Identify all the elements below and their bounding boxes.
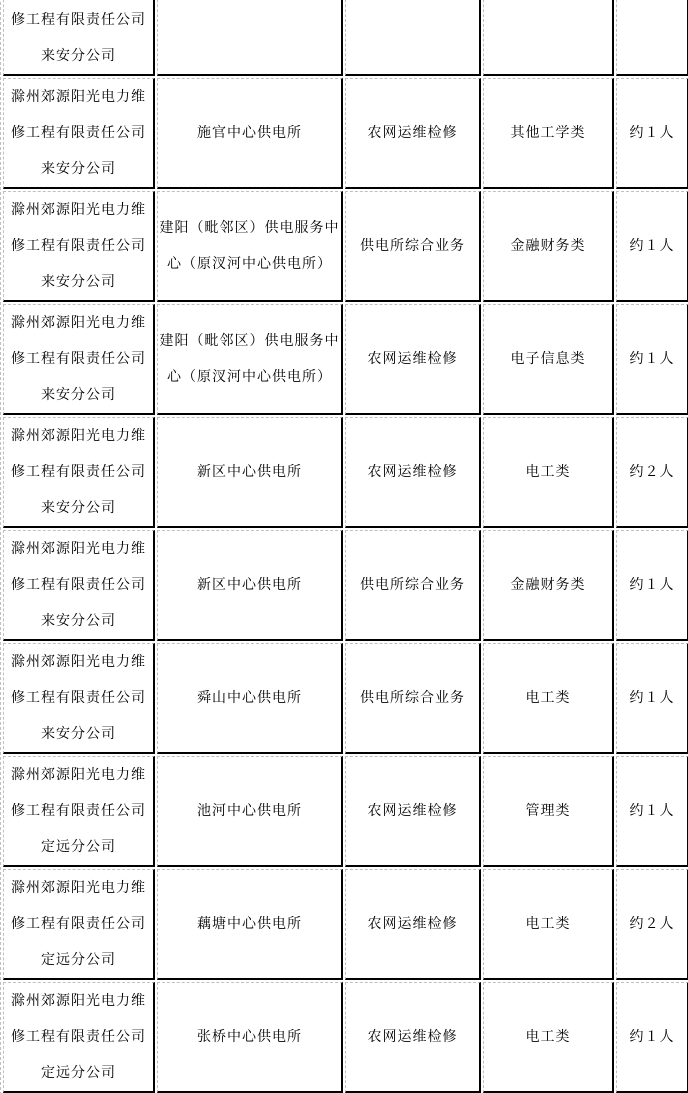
table-row: 滁州郊源阳光电力维 修工程有限责任公司 定远分公司 池河中心供电所 农网运维检修… <box>3 756 688 867</box>
table-row: 滁州郊源阳光电力维 修工程有限责任公司 来安分公司 建阳（毗邻区）供电服务中 心… <box>3 304 688 415</box>
major-cell: 其他工学类 <box>483 78 614 189</box>
company-line: 来安分公司 <box>6 603 151 639</box>
station-cell: 新区中心供电所 <box>157 417 343 528</box>
station-cell: 施官中心供电所 <box>157 78 343 189</box>
station-cell: 藕塘中心供电所 <box>157 869 343 980</box>
count-cell: 约１人 <box>616 756 688 867</box>
major-cell: 电工类 <box>483 417 614 528</box>
company-line: 滁州郊源阳光电力维 <box>6 192 151 228</box>
company-cell: 滁州郊源阳光电力维 修工程有限责任公司 来安分公司 <box>3 78 155 189</box>
station-line: 心（原汊河中心供电所） <box>159 359 340 395</box>
company-line: 修工程有限责任公司 <box>6 567 151 603</box>
company-line: 修工程有限责任公司 <box>6 2 151 38</box>
company-line: 滁州郊源阳光电力维 <box>6 983 151 1019</box>
position-cell: 供电所综合业务 <box>345 643 481 754</box>
station-cell: 新区中心供电所 <box>157 530 343 641</box>
position-cell: 农网运维检修 <box>345 982 481 1093</box>
company-line: 来安分公司 <box>6 716 151 752</box>
company-line: 滁州郊源阳光电力维 <box>6 757 151 793</box>
table-row: 滁州郊源阳光电力维 修工程有限责任公司 定远分公司 藕塘中心供电所 农网运维检修… <box>3 869 688 980</box>
station-cell: 池河中心供电所 <box>157 756 343 867</box>
table-row: 滁州郊源阳光电力维 修工程有限责任公司 来安分公司 施官中心供电所 农网运维检修… <box>3 78 688 189</box>
major-cell: 电工类 <box>483 869 614 980</box>
company-line: 定远分公司 <box>6 1055 151 1091</box>
company-cell: 滁州郊源阳光电力维 修工程有限责任公司 来安分公司 <box>3 530 155 641</box>
station-cell: 建阳（毗邻区）供电服务中 心（原汊河中心供电所） <box>157 191 343 302</box>
company-line: 滁州郊源阳光电力维 <box>6 418 151 454</box>
company-line: 修工程有限责任公司 <box>6 1019 151 1055</box>
company-line: 修工程有限责任公司 <box>6 454 151 490</box>
position-cell <box>345 0 481 76</box>
company-line: 滁州郊源阳光电力维 <box>6 305 151 341</box>
company-line: 来安分公司 <box>6 38 151 74</box>
station-line: 新区中心供电所 <box>159 454 340 490</box>
station-line: 池河中心供电所 <box>159 793 340 829</box>
count-cell: 约２人 <box>616 869 688 980</box>
company-line: 来安分公司 <box>6 264 151 300</box>
company-line: 修工程有限责任公司 <box>6 228 151 264</box>
position-cell: 农网运维检修 <box>345 304 481 415</box>
major-cell: 电工类 <box>483 982 614 1093</box>
major-cell: 金融财务类 <box>483 191 614 302</box>
company-line: 定远分公司 <box>6 829 151 865</box>
table-row: 滁州郊源阳光电力维 修工程有限责任公司 来安分公司 舜山中心供电所 供电所综合业… <box>3 643 688 754</box>
company-line: 来安分公司 <box>6 377 151 413</box>
position-cell: 供电所综合业务 <box>345 530 481 641</box>
station-cell: 舜山中心供电所 <box>157 643 343 754</box>
company-line: 定远分公司 <box>6 942 151 978</box>
station-line: 舜山中心供电所 <box>159 680 340 716</box>
company-line: 来安分公司 <box>6 151 151 187</box>
count-cell: 约１人 <box>616 643 688 754</box>
table-row: 滁州郊源阳光电力维 修工程有限责任公司 来安分公司 新区中心供电所 供电所综合业… <box>3 530 688 641</box>
company-line: 修工程有限责任公司 <box>6 906 151 942</box>
major-cell: 金融财务类 <box>483 530 614 641</box>
count-cell: 约１人 <box>616 530 688 641</box>
count-cell: 约１人 <box>616 78 688 189</box>
station-line: 建阳（毗邻区）供电服务中 <box>159 323 340 359</box>
count-cell: 约１人 <box>616 191 688 302</box>
position-cell: 农网运维检修 <box>345 869 481 980</box>
company-cell: 滁州郊源阳光电力维 修工程有限责任公司 来安分公司 <box>3 191 155 302</box>
company-line: 滁州郊源阳光电力维 <box>6 644 151 680</box>
position-cell: 农网运维检修 <box>345 417 481 528</box>
station-line: 新区中心供电所 <box>159 567 340 603</box>
table-row: 滁州郊源阳光电力维 修工程有限责任公司 来安分公司 <box>3 0 688 76</box>
station-line: 施官中心供电所 <box>159 115 340 151</box>
company-cell: 滁州郊源阳光电力维 修工程有限责任公司 定远分公司 <box>3 869 155 980</box>
major-cell <box>483 0 614 76</box>
company-cell: 滁州郊源阳光电力维 修工程有限责任公司 来安分公司 <box>3 304 155 415</box>
major-cell: 电工类 <box>483 643 614 754</box>
station-line: 藕塘中心供电所 <box>159 906 340 942</box>
company-line: 来安分公司 <box>6 490 151 526</box>
job-table-container: 滁州郊源阳光电力维 修工程有限责任公司 来安分公司 滁州郊源阳光电力维 修工程有… <box>0 0 688 1093</box>
company-line: 滁州郊源阳光电力维 <box>6 531 151 567</box>
station-line: 张桥中心供电所 <box>159 1019 340 1055</box>
table-row: 滁州郊源阳光电力维 修工程有限责任公司 来安分公司 新区中心供电所 农网运维检修… <box>3 417 688 528</box>
company-line: 修工程有限责任公司 <box>6 115 151 151</box>
company-line: 修工程有限责任公司 <box>6 680 151 716</box>
company-line: 修工程有限责任公司 <box>6 793 151 829</box>
company-line: 修工程有限责任公司 <box>6 341 151 377</box>
count-cell: 约１人 <box>616 304 688 415</box>
company-cell: 滁州郊源阳光电力维 修工程有限责任公司 来安分公司 <box>3 643 155 754</box>
company-cell: 滁州郊源阳光电力维 修工程有限责任公司 来安分公司 <box>3 0 155 76</box>
company-cell: 滁州郊源阳光电力维 修工程有限责任公司 来安分公司 <box>3 417 155 528</box>
table-row: 滁州郊源阳光电力维 修工程有限责任公司 定远分公司 张桥中心供电所 农网运维检修… <box>3 982 688 1093</box>
position-cell: 农网运维检修 <box>345 756 481 867</box>
station-line: 心（原汊河中心供电所） <box>159 246 340 282</box>
count-cell: 约１人 <box>616 982 688 1093</box>
station-cell: 建阳（毗邻区）供电服务中 心（原汊河中心供电所） <box>157 304 343 415</box>
major-cell: 电子信息类 <box>483 304 614 415</box>
station-cell: 张桥中心供电所 <box>157 982 343 1093</box>
company-line: 滁州郊源阳光电力维 <box>6 870 151 906</box>
table-body: 滁州郊源阳光电力维 修工程有限责任公司 来安分公司 滁州郊源阳光电力维 修工程有… <box>3 0 688 1093</box>
company-line: 滁州郊源阳光电力维 <box>6 79 151 115</box>
position-cell: 供电所综合业务 <box>345 191 481 302</box>
major-cell: 管理类 <box>483 756 614 867</box>
count-cell <box>616 0 688 76</box>
position-cell: 农网运维检修 <box>345 78 481 189</box>
station-cell <box>157 0 343 76</box>
job-openings-table: 滁州郊源阳光电力维 修工程有限责任公司 来安分公司 滁州郊源阳光电力维 修工程有… <box>0 0 688 1093</box>
company-cell: 滁州郊源阳光电力维 修工程有限责任公司 定远分公司 <box>3 982 155 1093</box>
count-cell: 约２人 <box>616 417 688 528</box>
table-row: 滁州郊源阳光电力维 修工程有限责任公司 来安分公司 建阳（毗邻区）供电服务中 心… <box>3 191 688 302</box>
station-line: 建阳（毗邻区）供电服务中 <box>159 210 340 246</box>
company-cell: 滁州郊源阳光电力维 修工程有限责任公司 定远分公司 <box>3 756 155 867</box>
